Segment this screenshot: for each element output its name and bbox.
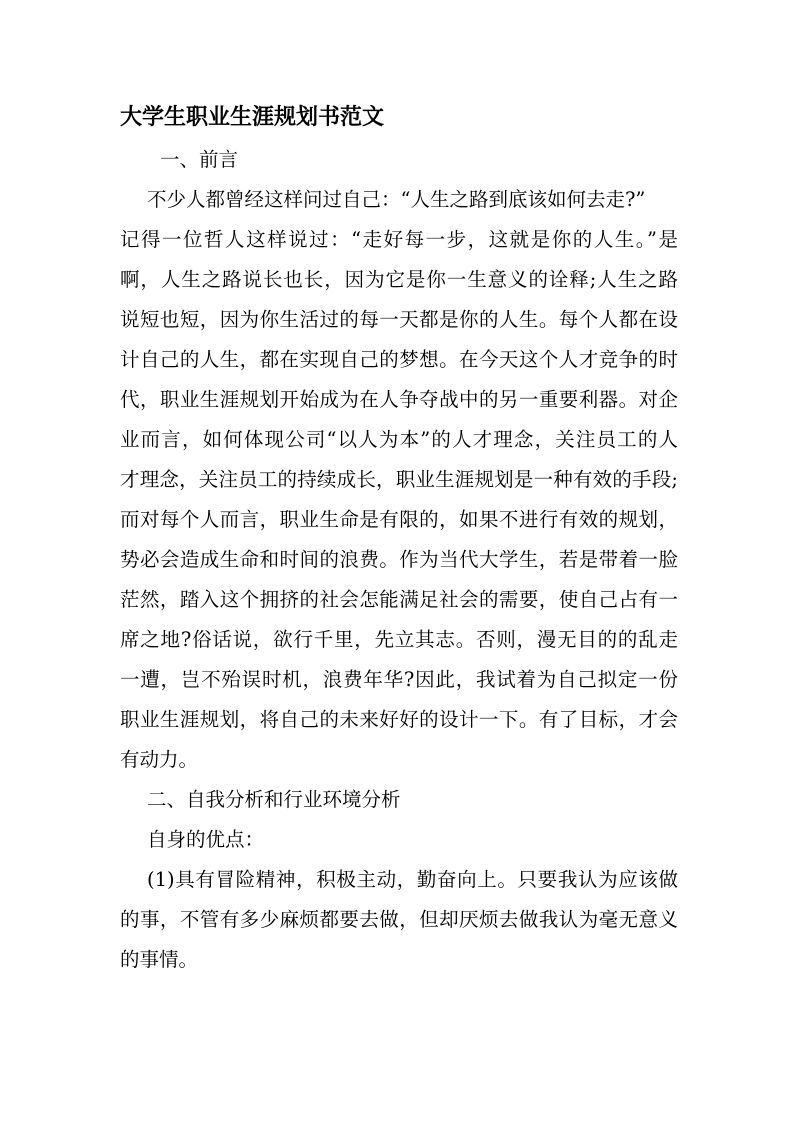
paragraph-line: 业而言，如何体现公司“以人为本”的人才理念，关注员工的人 [120,420,678,460]
preface-paragraph: 不少人都曾经这样问过自己：“人生之路到底该如何去走?” 记得一位哲人这样说过：“… [120,180,678,780]
paragraph-line: 有动力。 [120,740,678,780]
paragraph-line: 说短也短，因为你生活过的每一天都是你的人生。每个人都在设 [120,300,678,340]
paragraph-line: 代，职业生涯规划开始成为在人争夺战中的另一重要利器。对企 [120,380,678,420]
paragraph-line: 啊，人生之路说长也长，因为它是你一生意义的诠释;人生之路 [120,260,678,300]
paragraph-line: 职业生涯规划，将自己的未来好好的设计一下。有了目标，才会 [120,700,678,740]
paragraph-line: 才理念，关注员工的持续成长，职业生涯规划是一种有效的手段; [120,460,678,500]
section-heading-preface: 一、前言 [120,140,678,180]
paragraph-line: 一遭，岂不殆误时机，浪费年华?因此，我试着为自己拟定一份 [120,660,678,700]
paragraph-line: 计自己的人生，都在实现自己的梦想。在今天这个人才竞争的时 [120,340,678,380]
subheading-strengths: 自身的优点： [120,820,678,860]
document-page: 大学生职业生涯规划书范文 一、前言 不少人都曾经这样问过自己：“人生之路到底该如… [120,100,678,980]
paragraph-line: 的事，不管有多少麻烦都要去做，但却厌烦去做我认为毫无意义 [120,900,678,940]
paragraph-line: 不少人都曾经这样问过自己：“人生之路到底该如何去走?” [120,180,678,220]
paragraph-line: 而对每个人而言，职业生命是有限的，如果不进行有效的规划， [120,500,678,540]
document-title: 大学生职业生涯规划书范文 [120,100,678,134]
paragraph-line: 茫然，踏入这个拥挤的社会怎能满足社会的需要，使自己占有一 [120,580,678,620]
section-heading-self-analysis: 二、自我分析和行业环境分析 [120,780,678,820]
paragraph-line: 势必会造成生命和时间的浪费。作为当代大学生，若是带着一脸 [120,540,678,580]
strengths-paragraph: (1)具有冒险精神，积极主动，勤奋向上。只要我认为应该做 的事，不管有多少麻烦都… [120,860,678,980]
paragraph-line: (1)具有冒险精神，积极主动，勤奋向上。只要我认为应该做 [120,860,678,900]
paragraph-line: 记得一位哲人这样说过：“走好每一步，这就是你的人生。”是 [120,220,678,260]
paragraph-line: 的事情。 [120,940,678,980]
paragraph-line: 席之地?俗话说，欲行千里，先立其志。否则，漫无目的的乱走 [120,620,678,660]
